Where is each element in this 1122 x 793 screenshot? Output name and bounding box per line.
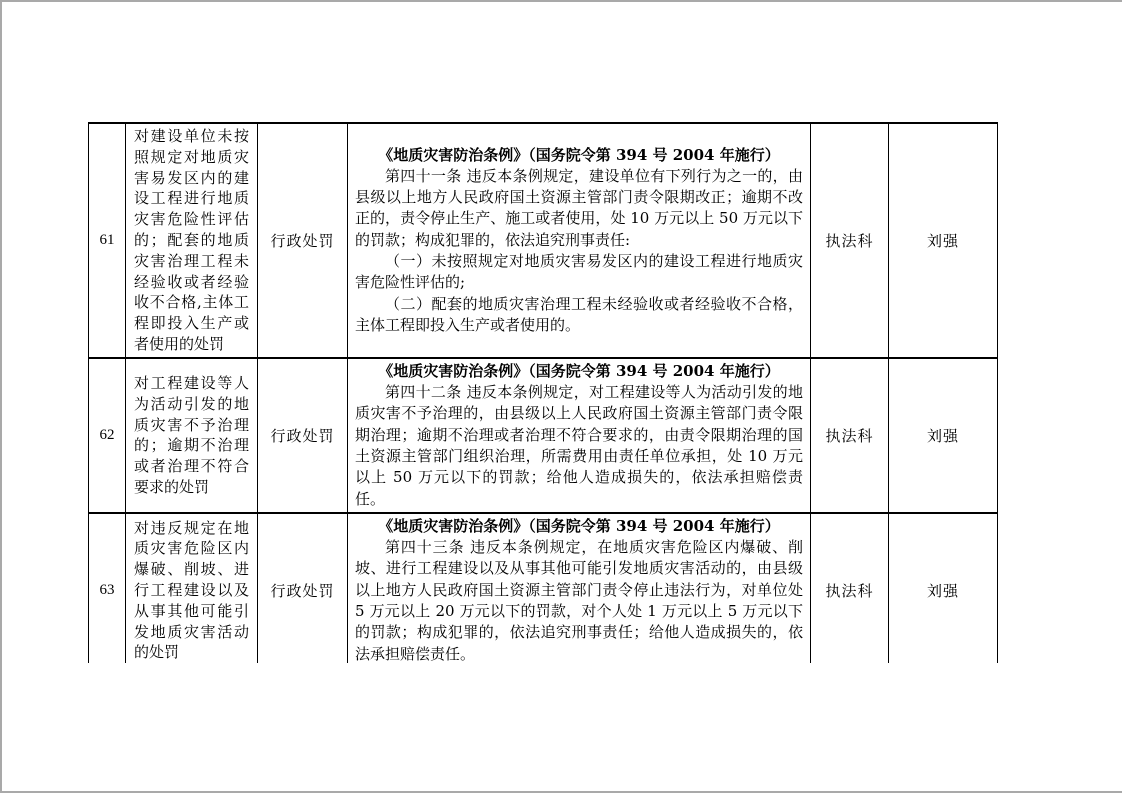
law-paragraph: （一）未按照规定对地质灾害易发区内的建设工程进行地质灾害危险性评估的; [355, 251, 803, 294]
regulation-title: 《地质灾害防治条例》（国务院令第 394 号 2004 年施行） [355, 145, 803, 166]
table-row: 62 对工程建设等人为活动引发的地质灾害不予治理的；逾期不治理或者治理不符合要求… [89, 358, 998, 513]
penalty-type-cell: 行政处罚 [258, 123, 348, 358]
department-cell: 执法科 [811, 513, 889, 663]
penalty-item-cell: 对工程建设等人为活动引发的地质灾害不予治理的；逾期不治理或者治理不符合要求的处罚 [126, 358, 258, 513]
table-body: 61 对建设单位未按照规定对地质灾害易发区内的建设工程进行地质灾害危险性评估的；… [89, 123, 998, 663]
regulation-paragraphs: 第四十三条 违反本条例规定，在地质灾害危险区内爆破、削坡、进行工程建设以及从事其… [355, 537, 803, 663]
regulation-title: 《地质灾害防治条例》（国务院令第 394 号 2004 年施行） [355, 361, 803, 382]
legal-basis-cell: 《地质灾害防治条例》（国务院令第 394 号 2004 年施行） 第四十三条 违… [348, 513, 811, 663]
legal-basis-cell: 《地质灾害防治条例》（国务院令第 394 号 2004 年施行） 第四十一条 违… [348, 123, 811, 358]
department-cell: 执法科 [811, 358, 889, 513]
regulation-title: 《地质灾害防治条例》（国务院令第 394 号 2004 年施行） [355, 516, 803, 537]
row-number-cell: 61 [89, 123, 126, 358]
penalty-type-cell: 行政处罚 [258, 358, 348, 513]
penalty-item-cell: 对违反规定在地质灾害危险区内爆破、削坡、进行工程建设以及从事其他可能引发地质灾害… [126, 513, 258, 663]
law-paragraph: 第四十二条 违反本条例规定，对工程建设等人为活动引发的地质灾害不予治理的，由县级… [355, 382, 803, 510]
penalty-type-cell: 行政处罚 [258, 513, 348, 663]
person-cell: 刘强 [889, 358, 998, 513]
penalty-table-wrapper: 61 对建设单位未按照规定对地质灾害易发区内的建设工程进行地质灾害危险性评估的；… [88, 122, 999, 663]
regulation-paragraphs: 第四十一条 违反本条例规定，建设单位有下列行为之一的，由县级以上地方人民政府国土… [355, 166, 803, 336]
regulation-paragraphs: 第四十二条 违反本条例规定，对工程建设等人为活动引发的地质灾害不予治理的，由县级… [355, 382, 803, 510]
penalty-item-cell: 对建设单位未按照规定对地质灾害易发区内的建设工程进行地质灾害危险性评估的；配套的… [126, 123, 258, 358]
law-paragraph: 第四十一条 违反本条例规定，建设单位有下列行为之一的，由县级以上地方人民政府国土… [355, 166, 803, 251]
department-cell: 执法科 [811, 123, 889, 358]
legal-basis-cell: 《地质灾害防治条例》（国务院令第 394 号 2004 年施行） 第四十二条 违… [348, 358, 811, 513]
row-number-cell: 62 [89, 358, 126, 513]
document-page: 61 对建设单位未按照规定对地质灾害易发区内的建设工程进行地质灾害危险性评估的；… [0, 0, 1122, 793]
row-number-cell: 63 [89, 513, 126, 663]
table-row: 61 对建设单位未按照规定对地质灾害易发区内的建设工程进行地质灾害危险性评估的；… [89, 123, 998, 358]
law-paragraph: （二）配套的地质灾害治理工程未经验收或者经验收不合格，主体工程即投入生产或者使用… [355, 294, 803, 337]
penalty-table: 61 对建设单位未按照规定对地质灾害易发区内的建设工程进行地质灾害危险性评估的；… [88, 122, 998, 663]
table-row: 63 对违反规定在地质灾害危险区内爆破、削坡、进行工程建设以及从事其他可能引发地… [89, 513, 998, 663]
law-paragraph: 第四十三条 违反本条例规定，在地质灾害危险区内爆破、削坡、进行工程建设以及从事其… [355, 537, 803, 663]
person-cell: 刘强 [889, 123, 998, 358]
person-cell: 刘强 [889, 513, 998, 663]
